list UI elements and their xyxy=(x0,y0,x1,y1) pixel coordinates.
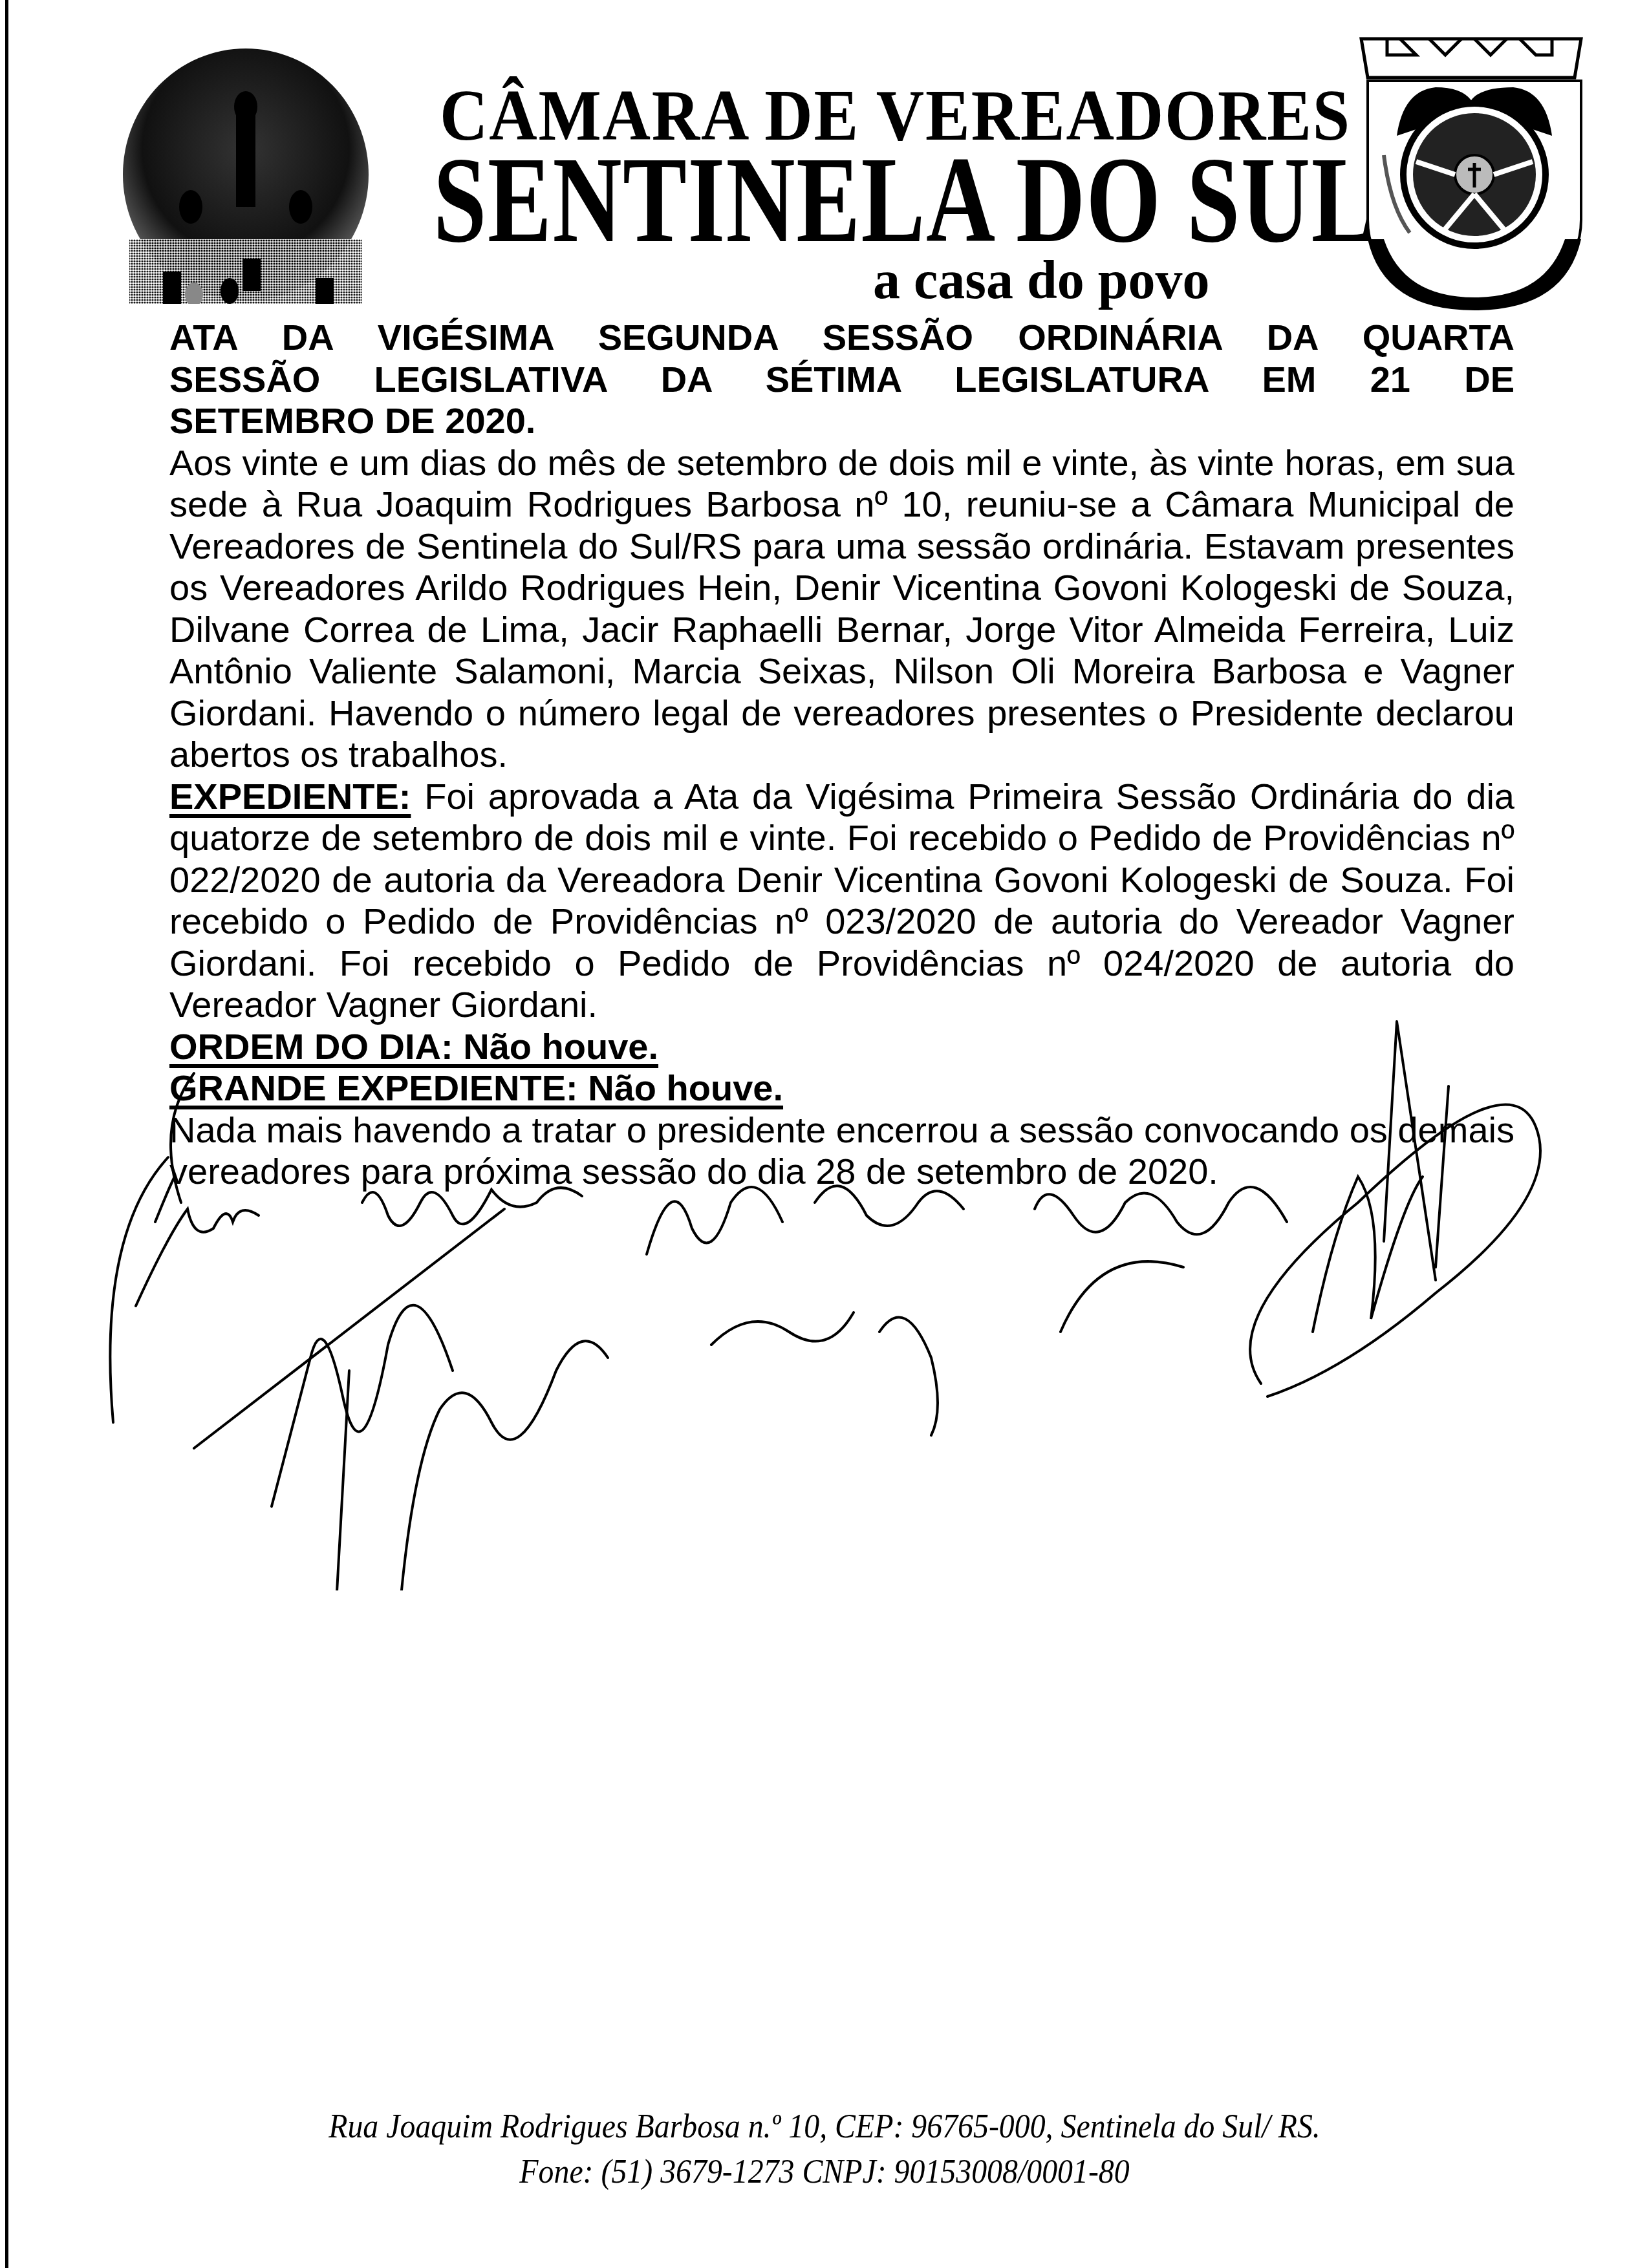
signature-marcia xyxy=(362,1188,582,1226)
signature-jacir xyxy=(647,1186,964,1254)
opening-paragraph: Aos vinte e um dias do mês de setembro d… xyxy=(169,442,1514,776)
scan-edge-line xyxy=(5,0,8,2268)
chamber-logo-icon xyxy=(110,45,382,304)
signature-denir xyxy=(1035,1187,1287,1332)
signature-luiz xyxy=(401,1341,608,1590)
expediente-paragraph: EXPEDIENTE: Foi aprovada a Ata da Vigési… xyxy=(169,776,1514,1026)
footer-contact: Rua Joaquim Rodrigues Barbosa n.º 10, CE… xyxy=(0,2104,1649,2195)
coat-of-arms-icon xyxy=(1358,26,1591,310)
signature-jorge xyxy=(194,1209,504,1506)
closing-paragraph: Nada mais havendo a tratar o presidente … xyxy=(169,1109,1514,1193)
minutes-document: ATA DA VIGÉSIMA SEGUNDA SESSÃO ORDINÁRIA… xyxy=(169,317,1514,1193)
title-line-2: SESSÃO LEGISLATIVA DA SÉTIMA LEGISLATURA… xyxy=(169,359,1514,401)
footer-address: Rua Joaquim Rodrigues Barbosa n.º 10, CE… xyxy=(66,2104,1583,2150)
grande-expediente-heading: GRANDE EXPEDIENTE: Não houve. xyxy=(169,1067,783,1108)
expediente-label: EXPEDIENTE: xyxy=(169,776,411,817)
document-title: ATA DA VIGÉSIMA SEGUNDA SESSÃO ORDINÁRIA… xyxy=(169,317,1514,442)
ordem-do-dia-heading: ORDEM DO DIA: Não houve. xyxy=(169,1026,658,1067)
org-tagline: a casa do povo xyxy=(873,249,1209,312)
footer-phone-cnpj: Fone: (51) 3679-1273 CNPJ: 90153008/0001… xyxy=(66,2150,1583,2195)
title-line-3: SETEMBRO DE 2020. xyxy=(169,400,1514,442)
title-line-1: ATA DA VIGÉSIMA SEGUNDA SESSÃO ORDINÁRIA… xyxy=(169,317,1514,359)
signature-arildo xyxy=(110,1157,259,1422)
org-name-line2: SENTINELA DO SUL xyxy=(433,139,1376,262)
signature-dilvane xyxy=(711,1312,938,1435)
